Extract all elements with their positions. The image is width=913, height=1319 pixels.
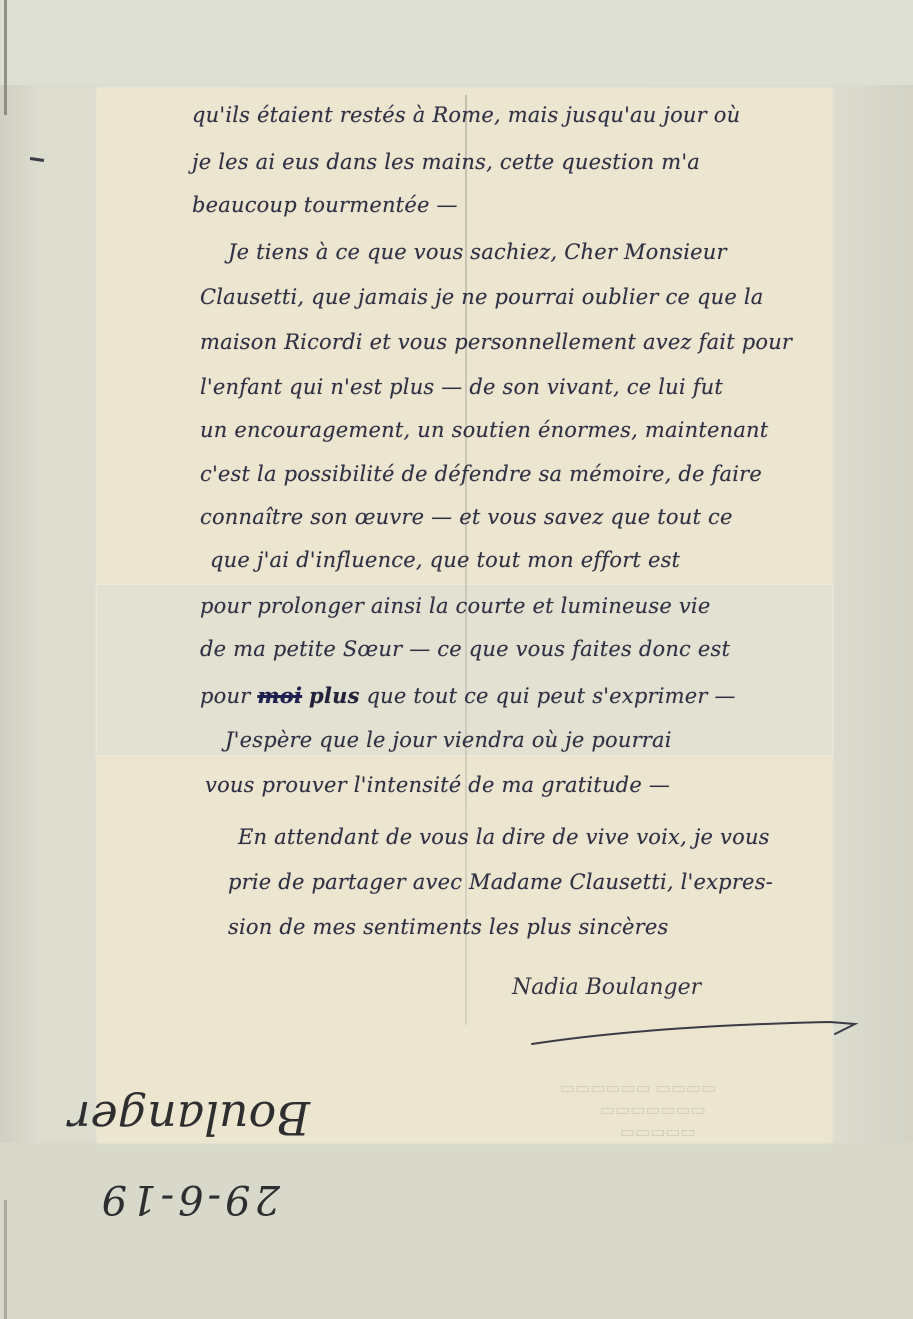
letter-line: maison Ricordi et vous personnellement a… bbox=[200, 330, 792, 354]
letter-line-with-correction: pour moi plus que tout ce qui peut s'exp… bbox=[200, 683, 736, 708]
letter-line: c'est la possibilité de défendre sa mémo… bbox=[200, 462, 762, 486]
letter-line: Je tiens à ce que vous sachiez, Cher Mon… bbox=[228, 240, 727, 264]
letter-line: pour prolonger ainsi la courte et lumine… bbox=[200, 594, 710, 618]
letter-line: Clausetti, que jamais je ne pourrai oubl… bbox=[200, 285, 763, 309]
annotation-date: 29-6-19 bbox=[98, 1176, 280, 1222]
letter-line: que j'ai d'influence, que tout mon effor… bbox=[210, 548, 680, 572]
letter-line: qu'ils étaient restés à Rome, mais jusqu… bbox=[192, 103, 740, 127]
struck-out-word: moi bbox=[257, 683, 302, 708]
letter-line: connaître son œuvre — et vous savez que … bbox=[200, 505, 733, 529]
signature: Nadia Boulanger bbox=[512, 975, 701, 1000]
letter-line: de ma petite Sœur — ce que vous faites d… bbox=[200, 637, 730, 661]
letter-line: je les ai eus dans les mains, cette ques… bbox=[192, 150, 700, 174]
letter-line: l'enfant qui n'est plus — de son vivant,… bbox=[200, 375, 723, 399]
letter-line: En attendant de vous la dire de vive voi… bbox=[238, 825, 770, 849]
letter-line: prie de partager avec Madame Clausetti, … bbox=[228, 870, 773, 894]
letter-line: vous prouver l'intensité de ma gratitude… bbox=[205, 773, 670, 797]
signature-flourish-icon bbox=[530, 1018, 860, 1048]
upside-down-annotation: Boulanger 29-6-19 bbox=[40, 1040, 340, 1230]
emphasized-word: plus bbox=[309, 683, 360, 708]
letter-line: sion de mes sentiments les plus sincères bbox=[228, 915, 669, 939]
annotation-name: Boulanger bbox=[68, 1091, 310, 1145]
letter-line: un encouragement, un soutien énormes, ma… bbox=[200, 418, 768, 442]
letter-line: beaucoup tourmentée — bbox=[192, 193, 458, 217]
line-rest: que tout ce qui peut s'exprimer — bbox=[367, 684, 736, 708]
line-prefix: pour bbox=[200, 684, 250, 708]
letter-line: J'espère que le jour viendra où je pourr… bbox=[225, 728, 672, 752]
